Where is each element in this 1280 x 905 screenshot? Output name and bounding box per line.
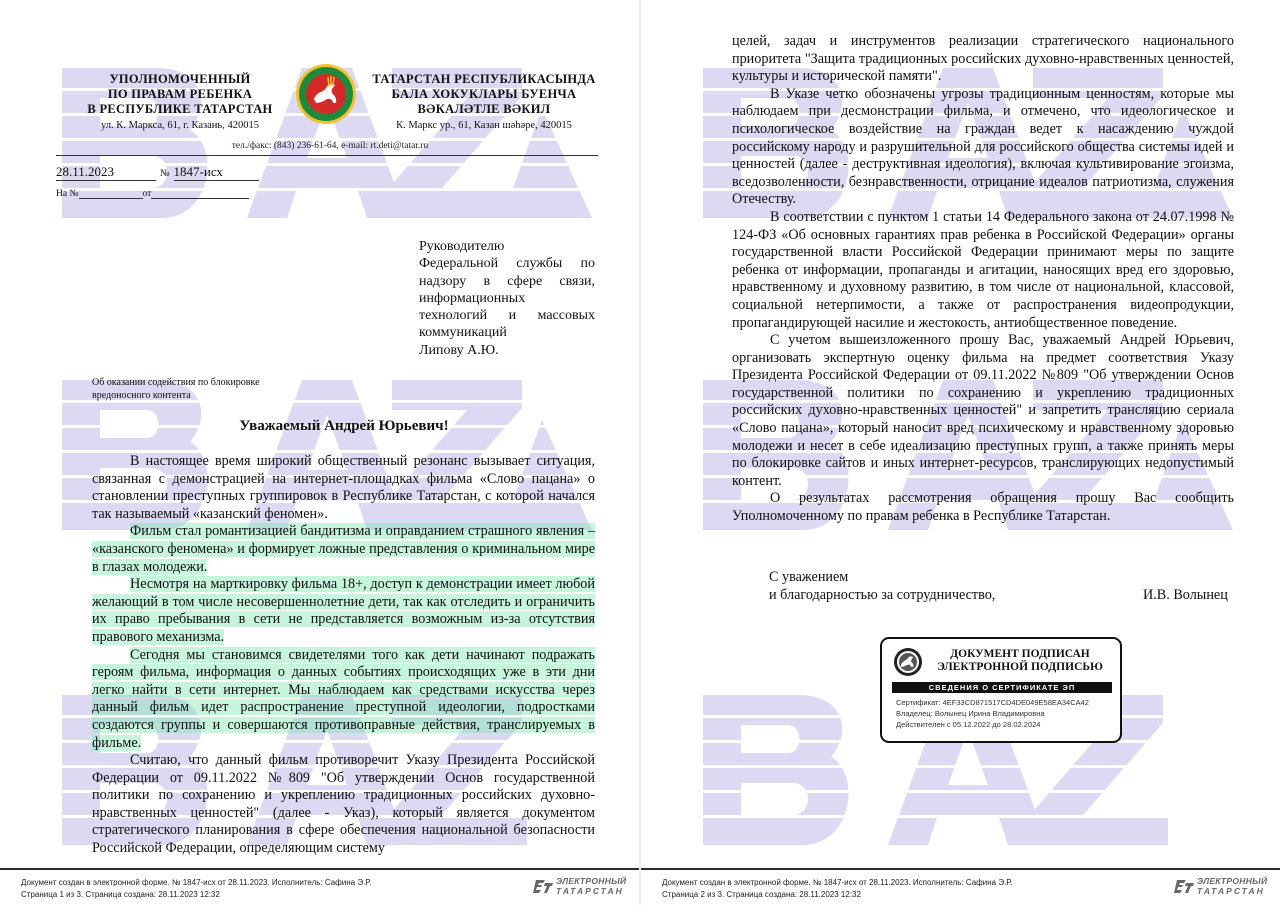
closing-phrase: С уважением и благодарностью за сотрудни… (769, 569, 995, 604)
footer-text: Документ создан в электронной форме. № 1… (21, 877, 371, 901)
body-paragraph: Считаю, что данный фильм противоречит Ук… (92, 752, 595, 858)
body-paragraph: С учетом вышеизложенного прошу Вас, уваж… (732, 332, 1234, 490)
org-name-tatar: ТАТАРСТАН РЕСПУБЛИКАСЫНДА БАЛА ХОКУКЛАРЫ… (365, 72, 603, 133)
highlighted-text: Фильм стал романтизацией бандитизма и оп… (92, 523, 595, 574)
stamp-title-line: ЭЛЕКТРОННОЙ ПОДПИСЬЮ (930, 661, 1110, 674)
logo-text: ЭЛЕКТРОННЫЙ ТАТАРСТАН (1197, 877, 1267, 896)
highlighted-text: Сегодня мы становимся свидетелями того к… (92, 647, 595, 751)
body-paragraph: В Указе четко обозначены угрозы традицио… (732, 86, 1234, 209)
footer-divider (641, 868, 1280, 870)
tatarstan-emblem-icon (295, 63, 357, 125)
contact-info: тел./факс: (843) 236-61-64, e-mail: rt.d… (200, 141, 460, 151)
page-2-footer: Документ создан в электронной форме. № 1… (641, 868, 1280, 905)
page-1-footer: Документ создан в электронной форме. № 1… (0, 868, 639, 905)
addressee-line: надзору в сфере связи, (419, 273, 595, 290)
addressee-line: Федеральной службы по (419, 255, 595, 272)
addressee-line: Руководителю (419, 238, 595, 255)
reply-to-blank (79, 188, 143, 199)
body-paragraph: В настоящее время широкий общественный р… (92, 453, 595, 523)
logo-line: ТАТАРСТАН (1197, 887, 1267, 897)
footer-line: Документ создан в электронной форме. № 1… (21, 877, 371, 889)
addressee-line: информационных (419, 290, 595, 307)
body-paragraph: В соответствии с пунктом 1 статьи 14 Фед… (732, 209, 1234, 332)
org-line: ВӘКАЛӘТЛЕ ВӘКИЛ (365, 102, 603, 117)
body-paragraph: целей, задач и инструментов реализации с… (732, 33, 1234, 86)
certificate-validity: Действителен с 05.12.2022 до 28.02.2024 (896, 720, 1040, 729)
org-line: ПО ПРАВАМ РЕБЕНКА (60, 87, 300, 102)
greeting: Уважаемый Андрей Юрьевич! (92, 418, 596, 435)
addressee-line: технологий и массовых (419, 307, 595, 324)
electronic-tatarstan-logo: ЭЛЕКТРОННЫЙ ТАТАРСТАН (533, 877, 617, 897)
addressee-line: коммуникаций (419, 324, 595, 341)
logo-line: ТАТАРСТАН (556, 887, 626, 897)
footer-line: Страница 2 из 3. Страница создана: 28.11… (662, 889, 1012, 901)
signer-name: И.В. Волынец (1143, 587, 1228, 604)
document-number: 1847-исх (174, 164, 259, 181)
paragraph-text: Считаю, что данный фильм противоречит Ук… (92, 752, 595, 856)
number-sign: № (160, 168, 170, 179)
from-blank (151, 188, 249, 199)
from-label: от (143, 189, 152, 199)
closing-line: С уважением (769, 569, 995, 587)
stamp-title-line: ДОКУМЕНТ ПОДПИСАН (930, 648, 1110, 661)
footer-line: Страница 1 из 3. Страница создана: 28.11… (21, 889, 371, 901)
paragraph-text: целей, задач и инструментов реализации с… (732, 33, 1234, 84)
letter-body-page-1: В настоящее время широкий общественный р… (92, 453, 595, 858)
highlighted-text: Несмотря на марткировку фильма 18+, дост… (92, 576, 595, 645)
org-name-russian: УПОЛНОМОЧЕННЫЙ ПО ПРАВАМ РЕБЕНКА В РЕСПУ… (60, 72, 300, 133)
org-line: В РЕСПУБЛИКЕ ТАТАРСТАН (60, 102, 300, 117)
certificate-info-bar: СВЕДЕНИЯ О СЕРТИФИКАТЕ ЭП (892, 682, 1112, 693)
document-date: 28.11.2023 (56, 164, 156, 181)
body-paragraph: О результатах рассмотрения обращения про… (732, 490, 1234, 525)
certificate-number: Сертификат: 4EF33CD871517CD4DE049E58EA34… (896, 698, 1089, 707)
electronic-signature-stamp: ДОКУМЕНТ ПОДПИСАН ЭЛЕКТРОННОЙ ПОДПИСЬЮ С… (880, 637, 1122, 743)
subject-line: Об оказании содействия по блокировке (92, 376, 312, 389)
tatarstan-emblem-icon (893, 647, 923, 677)
letter-body-page-2: целей, задач и инструментов реализации с… (732, 33, 1234, 526)
electronic-tatarstan-logo-icon (533, 879, 553, 894)
stamp-title: ДОКУМЕНТ ПОДПИСАН ЭЛЕКТРОННОЙ ПОДПИСЬЮ (930, 648, 1110, 674)
org-line: БАЛА ХОКУКЛАРЫ БУЕНЧА (365, 87, 603, 102)
org-address: К. Маркс ур., 61, Казан шәһәре, 420015 (365, 118, 603, 133)
letter-subject: Об оказании содействия по блокировке вре… (92, 376, 312, 402)
header-divider (56, 155, 598, 156)
paragraph-text: В соответствии с пунктом 1 статьи 14 Фед… (732, 209, 1234, 331)
certificate-owner: Владелец: Волынец Ирина Владимировна (896, 709, 1045, 718)
reply-to-label: На № (56, 189, 79, 199)
org-line: ТАТАРСТАН РЕСПУБЛИКАСЫНДА (365, 72, 603, 87)
reply-reference-line: На №от (56, 188, 249, 199)
closing-line: и благодарностью за сотрудничество, (769, 587, 995, 605)
addressee-line: Липову А.Ю. (419, 342, 595, 359)
footer-text: Документ создан в электронной форме. № 1… (662, 877, 1012, 901)
footer-divider (0, 868, 639, 870)
footer-line: Документ создан в электронной форме. № 1… (662, 877, 1012, 889)
org-address: ул. К. Маркса, 61, г. Казань, 420015 (60, 118, 300, 133)
logo-text: ЭЛЕКТРОННЫЙ ТАТАРСТАН (556, 877, 626, 896)
paragraph-text: В Указе четко обозначены угрозы традицио… (732, 86, 1234, 208)
paragraph-text: О результатах рассмотрения обращения про… (732, 490, 1234, 524)
paragraph-text: В настоящее время широкий общественный р… (92, 453, 595, 522)
electronic-tatarstan-logo: ЭЛЕКТРОННЫЙ ТАТАРСТАН (1174, 877, 1258, 897)
org-line: УПОЛНОМОЧЕННЫЙ (60, 72, 300, 87)
document-page-1: УПОЛНОМОЧЕННЫЙ ПО ПРАВАМ РЕБЕНКА В РЕСПУ… (0, 0, 639, 868)
subject-line: вредоносного контента (92, 389, 312, 402)
electronic-tatarstan-logo-icon (1174, 879, 1194, 894)
body-paragraph-highlighted: Сегодня мы становимся свидетелями того к… (92, 647, 595, 753)
body-paragraph-highlighted: Несмотря на марткировку фильма 18+, дост… (92, 576, 595, 646)
body-paragraph-highlighted: Фильм стал романтизацией бандитизма и оп… (92, 523, 595, 576)
paragraph-text: С учетом вышеизложенного прошу Вас, уваж… (732, 332, 1234, 489)
addressee-block: Руководителю Федеральной службы по надзо… (419, 238, 595, 359)
registration-line: 28.11.2023№1847-исх (56, 164, 259, 181)
